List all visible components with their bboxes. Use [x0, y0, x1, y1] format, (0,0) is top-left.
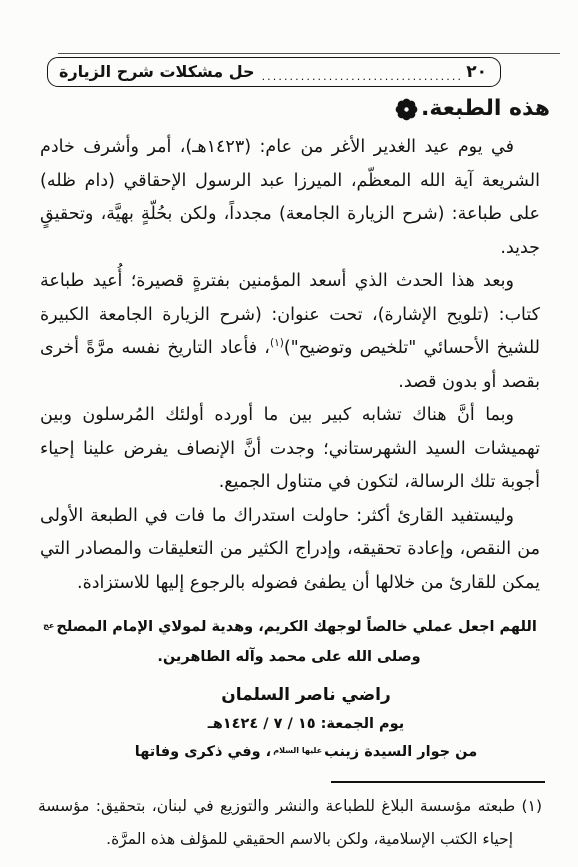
signature-place-suffix: ، وفي ذكرى وفاتها — [135, 744, 271, 760]
dua-line-1-text: اللهم اجعل عملي خالصاً لوجهك الكريم، وهد… — [56, 619, 536, 635]
signature-place: من جوار السيدة زينبعليها السلام، وفي ذكر… — [34, 738, 578, 766]
honorific-alayha-salam-icon: عليها السلام — [273, 747, 322, 755]
paragraph-1-text: في يوم عيد الغدير الأغر من عام: (١٤٢٣هـ)… — [40, 137, 540, 258]
section-heading: هذه الطبعة. — [0, 96, 550, 122]
book-page: حل مشكلات شرح الزيارة ..................… — [0, 0, 578, 867]
body-text: في يوم عيد الغدير الأغر من عام: (١٤٢٣هـ)… — [40, 131, 540, 600]
book-title: حل مشكلات شرح الزيارة — [59, 64, 255, 80]
running-header: حل مشكلات شرح الزيارة ..................… — [47, 57, 501, 87]
footnote-reference: (١) — [270, 337, 284, 349]
header-top-rule — [58, 53, 560, 54]
signature-date: يوم الجمعة: ١٥ / ٧ / ١٤٢٤هـ — [34, 710, 578, 738]
footnote: (١) طبعته مؤسسة البلاغ للطباعة والنشر وا… — [38, 790, 542, 856]
paragraph-3: وبما أنَّ هناك تشابه كبير بين ما أورده أ… — [40, 399, 540, 500]
paragraph-2: وبعد هذا الحدث الذي أسعد المؤمنين بفترةٍ… — [40, 265, 540, 399]
paragraph-4-text: وليستفيد القارئ أكثر: حاولت استدراك ما ف… — [40, 506, 540, 593]
flower-ornament-icon — [395, 98, 418, 121]
signature-place-text: من جوار السيدة زينب — [324, 744, 477, 760]
honorific-ajal-icon: عج — [43, 622, 54, 630]
section-title: هذه الطبعة. — [421, 96, 550, 122]
dua-line-2: وصلى الله على محمد وآله الطاهرين. — [20, 642, 558, 672]
footnote-separator — [331, 781, 545, 783]
signature-block: راضي ناصر السلمان يوم الجمعة: ١٥ / ٧ / ١… — [0, 680, 578, 766]
dua-line-1: اللهم اجعل عملي خالصاً لوجهك الكريم، وهد… — [20, 612, 558, 642]
dua-block: اللهم اجعل عملي خالصاً لوجهك الكريم، وهد… — [20, 612, 558, 672]
page-number: ٢٠ — [466, 64, 487, 81]
paragraph-3-text: وبما أنَّ هناك تشابه كبير بين ما أورده أ… — [40, 405, 540, 492]
paragraph-4: وليستفيد القارئ أكثر: حاولت استدراك ما ف… — [40, 500, 540, 601]
footnote-text: طبعته مؤسسة البلاغ للطباعة والنشر والتوز… — [38, 797, 515, 848]
footnote-number: (١) — [522, 797, 542, 815]
author-name: راضي ناصر السلمان — [34, 680, 578, 710]
paragraph-1: في يوم عيد الغدير الأغر من عام: (١٤٢٣هـ)… — [40, 131, 540, 265]
dotted-leader: ........................................… — [262, 71, 462, 82]
